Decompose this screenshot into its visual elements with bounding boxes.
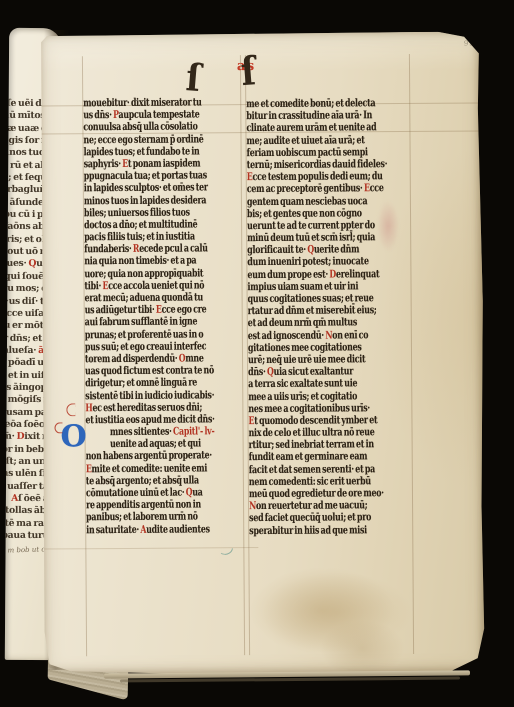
manuscript-text-line: uenite ad aquas; et qui	[86, 437, 244, 450]
cadel-ascender: ſ	[185, 61, 202, 95]
manuscript-text-line: urē; neq̄ uie urē uie mee dicit	[248, 353, 412, 366]
manuscript-text-line: feriam uobiscum pactū sempi	[247, 146, 411, 159]
manuscript-text-line: Ecce testem populis dedi eum; du	[247, 170, 411, 183]
manuscript-text-line: doctos a dn̄o; et multitudinē	[84, 218, 242, 231]
manuscript-text-line: cōmutatione uinū et lac· Qua	[86, 486, 244, 499]
manuscript-text-line: uerunt te ad te current ppter do	[247, 219, 411, 232]
manuscript-text-line: dirigetur; et omnē linguā re	[85, 376, 243, 389]
manuscript-text-line: facit et dat semen serenti· et pa	[249, 463, 413, 476]
manuscript-text-line: ne; ecce ego sternam p̄ ordinē	[83, 133, 241, 146]
manuscript-text-line: torem ad disperdendū· Omne	[85, 352, 243, 365]
manuscript-text-line: Emite et comedite: uenite emi	[86, 462, 244, 475]
manuscript-text-line: fundit eam et germinare eam	[249, 450, 413, 463]
manuscript-text-line: gentem quam nesciebas uoca	[247, 194, 411, 207]
cadel-ascender: ſ	[240, 54, 257, 90]
manuscript-text-line: sed faciet quecūq̄ uolui; et pro	[249, 511, 413, 524]
manuscript-text-line: cem ac preceptorē gentibus· Ecce	[247, 182, 411, 195]
manuscript-text-line: a terra sic exaltate sunt uie	[248, 377, 412, 390]
parchment-stain	[262, 572, 413, 653]
manuscript-text-line: non habens argentū properate·	[86, 450, 244, 463]
manuscript-text-line: lapides tuos; et fundabo te in	[84, 145, 242, 158]
manuscript-text-line: est ad ignoscendū· Non enī co	[248, 329, 412, 342]
manuscript-text-line: mee a uiis urīs; et cogitatio	[248, 389, 412, 402]
manuscript-text-line: pus suū; et ego creaui interfec	[85, 340, 243, 353]
manuscript-text-line: nem comedenti: sic erit uerbū	[249, 475, 413, 488]
manuscript-text-line: dn̄s· Quia sicut exaltantur	[248, 365, 412, 378]
manuscript-text-line: uore; quia non appropīquabit	[84, 267, 242, 280]
manuscript-text-line: pacis filiis tuis; et in iustitia	[84, 230, 242, 243]
manuscript-text-line: eum dum prope est· Derelinquat	[247, 268, 411, 281]
manuscript-text-line: in lapides sculptos· et om̄es ter	[84, 181, 242, 194]
pen-flourish	[221, 546, 233, 556]
manuscript-text-line: us adiūgetur tibi· Ecce ego cre	[85, 303, 243, 316]
manuscript-text-line: aui fabrum sufflantē in igne	[85, 316, 243, 329]
manuscript-text-line: uas quod fictum est contra te nō	[85, 364, 243, 377]
manuscript-text-line: Et quomodo descendit ymber et	[248, 414, 412, 427]
manuscript-text-line: mnes sitientes· Capitl'- lv-	[86, 425, 244, 438]
manuscript-text-line: me; audite et uiuet aīa urā; et	[246, 134, 410, 147]
manuscript-text-line: conuulsa absq̄ ulla cōsolatio	[83, 121, 241, 134]
manuscript-text-line: bis; et gentes que non cōgno	[247, 207, 411, 220]
manuscript-text-line: mouebitur· dixit miserator tu	[83, 96, 241, 109]
manuscript-text-line: gitationes mee cogitationes	[248, 341, 412, 354]
manuscript-text-line: quus cogitationes suas; et reue	[248, 292, 412, 305]
illuminated-initial: O	[60, 423, 86, 450]
manuscript-text-line: meū quod egredietur de ore meo·	[249, 487, 413, 500]
manuscript-text-line: Non reuertetur ad me uacuū;	[249, 499, 413, 512]
manuscript-text-line: et iustitia eos apud me dicit dn̄s·	[85, 413, 243, 426]
manuscript-text-line: us dn̄s· Paupcula tempestate	[83, 108, 241, 121]
manuscript-text-line: te absq̄ argento; et absq̄ ulla	[86, 474, 244, 487]
manuscript-text-line: rtatur ad dn̄m et miserebit̄ eius;	[248, 304, 412, 317]
manuscript-text-line: bitur in crassitudine aīa urā· In	[246, 109, 410, 122]
manuscript-text-line: impius uiam suam et uir ini	[247, 280, 411, 293]
manuscript-text-line: Hec est hereditas seruos dn̄i;	[85, 401, 243, 414]
manuscript-text-line: clinate aurem urām et uenite ad	[246, 121, 410, 134]
marginal-inscription: m bob ut c	[7, 545, 45, 554]
text-column-right: me et comedite bonū; et delectabitur in …	[246, 97, 413, 537]
manuscript-text-line: panibus; et laborem urm̄ nō	[86, 511, 244, 524]
manuscript-text-line: dum inueniri potest; inuocate	[247, 255, 411, 268]
manuscript-text-line: minos tuos in lapides desidera	[84, 194, 242, 207]
manuscript-text-line: nix de celo et illuc ultra nō reue	[249, 426, 413, 439]
red-pen-flourish	[66, 403, 75, 416]
manuscript-text-line: erat mecū; aduena quondā tu	[85, 291, 243, 304]
red-pen-flourish	[54, 422, 62, 433]
manuscript-text-line: nia quia non timebis· et a pa	[84, 255, 242, 268]
manuscript-photo: e ſe uēi dantonū mītos tualiæ uaæ erūang…	[0, 0, 514, 707]
folio-number: 95	[464, 40, 475, 48]
manuscript-text-line: tibi· Ecce accola ueniet qui nō	[84, 279, 242, 292]
manuscript-text-line: et ad deum nrm̄ qm̄ multus	[248, 316, 412, 329]
text-column-left: mouebitur· dixit miserator tuus dn̄s· Pa…	[83, 96, 244, 536]
manuscript-text-line: biles; uniuersos filios tuos	[84, 206, 242, 219]
manuscript-text-line: in saturitate· Audite audientes	[86, 523, 244, 536]
manuscript-text-line: ternū; misericordias dauid fideles·	[247, 158, 411, 171]
manuscript-text-line: prunas; et proferentē uas in o	[85, 328, 243, 341]
manuscript-text-line: sperabitur in hiis ad que misi	[249, 524, 413, 537]
manuscript-text-line: saphyris· Et ponam iaspidem	[84, 157, 242, 170]
manuscript-text-line: sistentē tibi in iudicio iudicabis·	[85, 389, 243, 402]
manuscript-text-line: minū deum tuū et scm̄ isrl̄; quia	[247, 231, 411, 244]
recto-page: as 95 ſ ſ mouebitur· dixit miserator tuu…	[40, 31, 486, 676]
manuscript-text-line: me et comedite bonū; et delecta	[246, 97, 410, 110]
manuscript-text-line: ppugnacula tua; et portas tuas	[84, 169, 242, 182]
manuscript-text-line: re appenditis argentū non in	[86, 498, 244, 511]
manuscript-text-line: nes mee a cogitationibus urīs·	[248, 402, 412, 415]
